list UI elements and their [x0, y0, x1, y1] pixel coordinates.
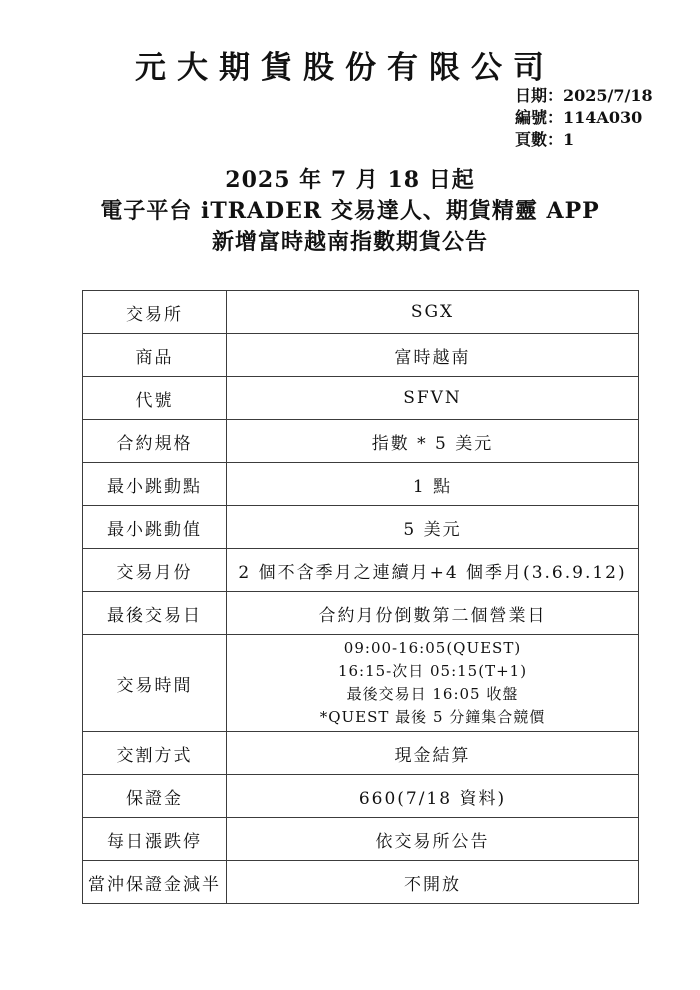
announcement-title-line3: 新增富時越南指數期貨公告 [0, 227, 700, 258]
announcement-title-line2: 電子平台 iTRADER 交易達人、期貨精靈 APP [0, 196, 700, 227]
row-label: 最小跳動點 [83, 463, 227, 506]
row-label: 最後交易日 [83, 592, 227, 635]
row-label: 最小跳動值 [83, 506, 227, 549]
trading-hours-line2: 16:15-次日 05:15(T+1) [231, 660, 634, 683]
table-row-min-tick: 最小跳動點 1 點 [83, 463, 639, 506]
table-row-daily-limit: 每日漲跌停 依交易所公告 [83, 818, 639, 861]
row-value: 合約月份倒數第二個營業日 [227, 592, 639, 635]
row-value: 指數 * 5 美元 [227, 420, 639, 463]
row-value: 1 點 [227, 463, 639, 506]
table-row-settlement: 交割方式 現金結算 [83, 732, 639, 775]
row-value: 660(7/18 資料) [227, 775, 639, 818]
row-label: 每日漲跌停 [83, 818, 227, 861]
row-label: 代號 [83, 377, 227, 420]
table-row-margin: 保證金 660(7/18 資料) [83, 775, 639, 818]
row-value: 5 美元 [227, 506, 639, 549]
row-value: 09:00-16:05(QUEST) 16:15-次日 05:15(T+1) 最… [227, 635, 639, 732]
row-value: 依交易所公告 [227, 818, 639, 861]
table-row-min-tick-value: 最小跳動值 5 美元 [83, 506, 639, 549]
meta-doc-no: 編號：114A030 [515, 107, 653, 129]
row-label: 交易月份 [83, 549, 227, 592]
row-label: 商品 [83, 334, 227, 377]
meta-page-count: 頁數：1 [515, 129, 653, 151]
row-value: SFVN [227, 377, 639, 420]
announcement-title-line1: 2025 年 7 月 18 日起 [0, 165, 700, 196]
announcement-page: 元大期貨股份有限公司 日期：2025/7/18 編號：114A030 頁數：1 … [0, 0, 700, 990]
row-value: SGX [227, 291, 639, 334]
announcement-title: 2025 年 7 月 18 日起 電子平台 iTRADER 交易達人、期貨精靈 … [0, 165, 700, 258]
meta-date-label: 日期： [515, 86, 563, 105]
trading-hours-line3: 最後交易日 16:05 收盤 [231, 683, 634, 706]
row-label: 交易所 [83, 291, 227, 334]
trading-hours-line1: 09:00-16:05(QUEST) [231, 637, 634, 660]
table-row-symbol: 代號 SFVN [83, 377, 639, 420]
meta-page-count-value: 1 [563, 130, 574, 149]
row-label: 保證金 [83, 775, 227, 818]
contract-spec-table-body: 交易所 SGX 商品 富時越南 代號 SFVN 合約規格 指數 * 5 美元 最… [83, 291, 639, 904]
document-meta: 日期：2025/7/18 編號：114A030 頁數：1 [515, 85, 653, 151]
meta-date-value: 2025/7/18 [563, 86, 653, 105]
meta-page-count-label: 頁數： [515, 130, 563, 149]
meta-date: 日期：2025/7/18 [515, 85, 653, 107]
row-label: 當沖保證金減半 [83, 861, 227, 904]
contract-spec-table: 交易所 SGX 商品 富時越南 代號 SFVN 合約規格 指數 * 5 美元 最… [82, 290, 639, 904]
meta-doc-no-label: 編號： [515, 108, 563, 127]
company-name: 元大期貨股份有限公司 [0, 42, 690, 87]
table-row-trading-hours: 交易時間 09:00-16:05(QUEST) 16:15-次日 05:15(T… [83, 635, 639, 732]
trading-hours-line4: *QUEST 最後 5 分鐘集合競價 [231, 706, 634, 729]
row-value: 2 個不含季月之連續月+4 個季月(3.6.9.12) [227, 549, 639, 592]
table-row-daytrade-margin-half: 當沖保證金減半 不開放 [83, 861, 639, 904]
table-row-contract-months: 交易月份 2 個不含季月之連續月+4 個季月(3.6.9.12) [83, 549, 639, 592]
row-label: 交割方式 [83, 732, 227, 775]
row-value: 不開放 [227, 861, 639, 904]
table-row-product: 商品 富時越南 [83, 334, 639, 377]
table-row-last-trading-day: 最後交易日 合約月份倒數第二個營業日 [83, 592, 639, 635]
table-row-contract-size: 合約規格 指數 * 5 美元 [83, 420, 639, 463]
row-value: 富時越南 [227, 334, 639, 377]
row-label: 交易時間 [83, 635, 227, 732]
table-row-exchange: 交易所 SGX [83, 291, 639, 334]
row-label: 合約規格 [83, 420, 227, 463]
row-value: 現金結算 [227, 732, 639, 775]
meta-doc-no-value: 114A030 [563, 108, 642, 127]
